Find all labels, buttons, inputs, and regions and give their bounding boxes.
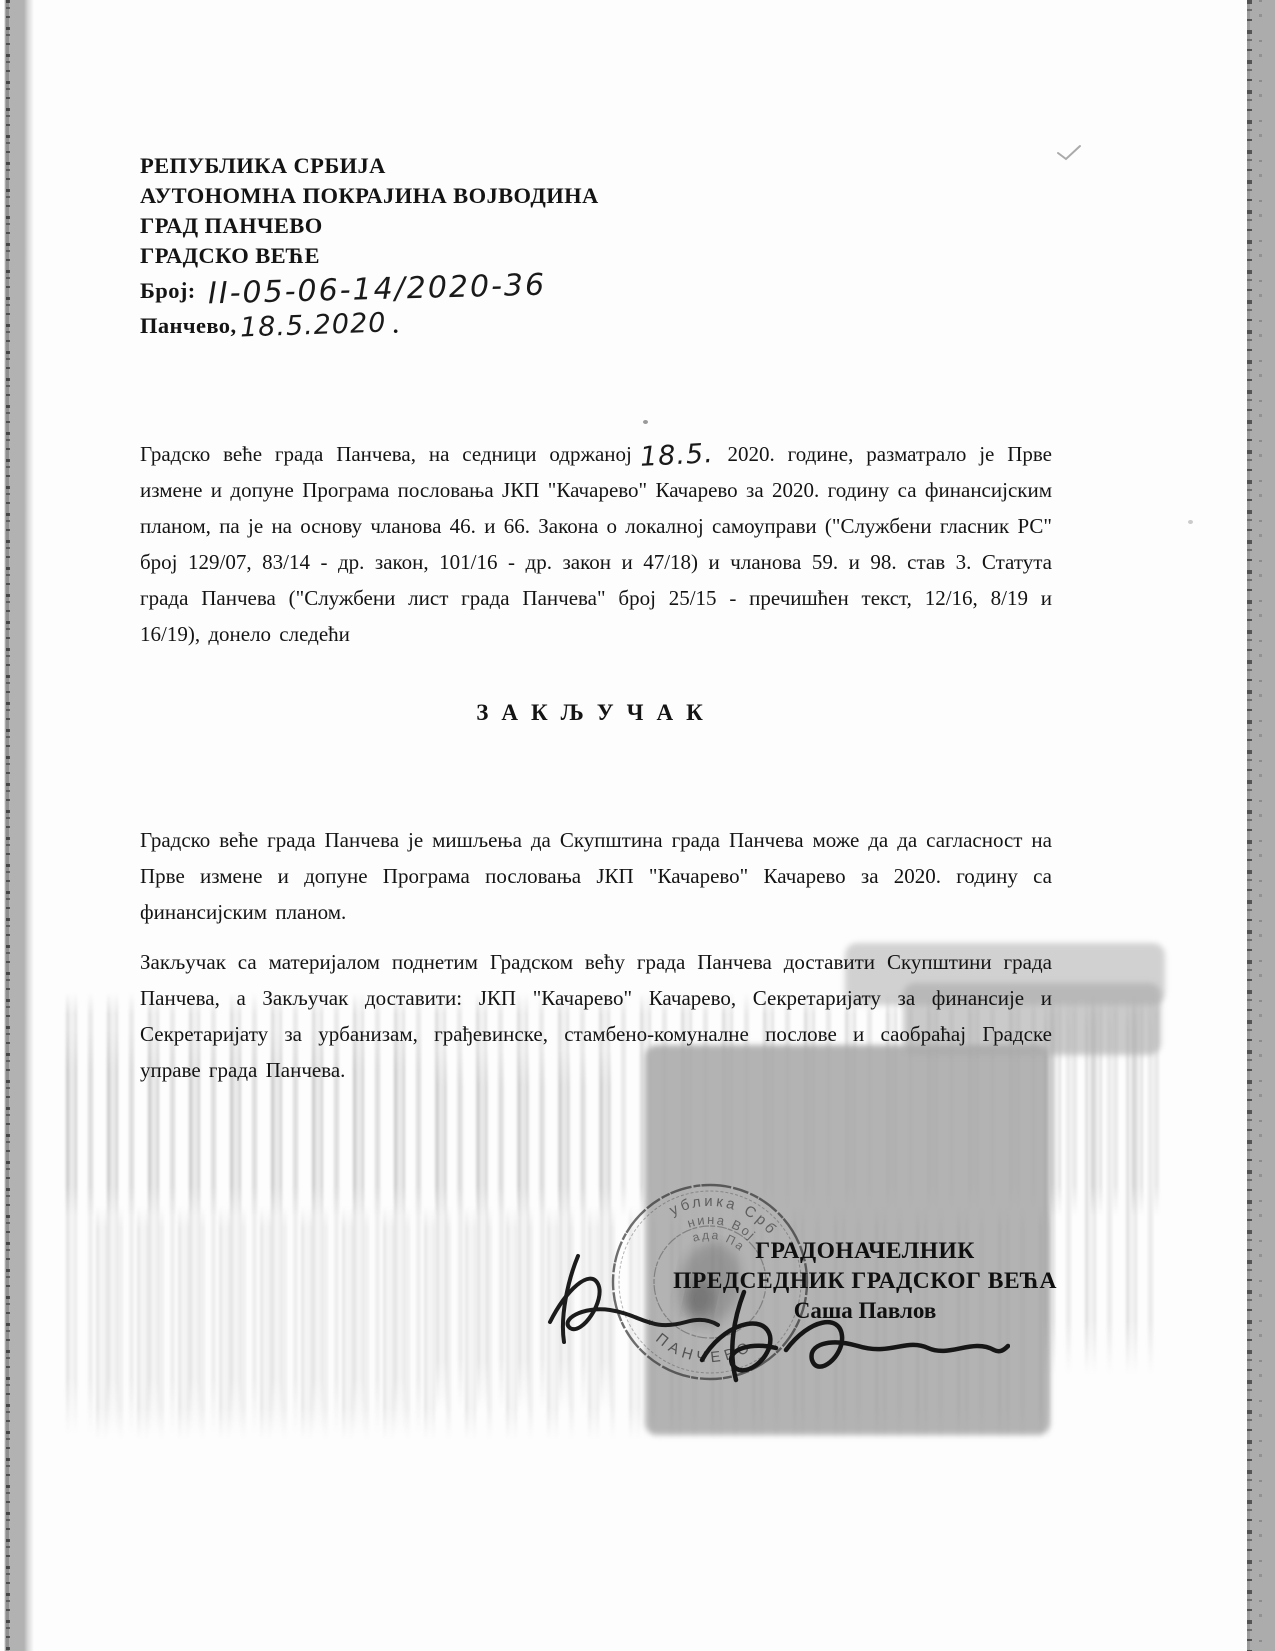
scan-speck-dot bbox=[643, 420, 648, 424]
case-number-line: Број:II-05-06-14/2020-36 bbox=[140, 271, 599, 307]
scan-edge-left bbox=[0, 0, 34, 1651]
case-number-label: Број: bbox=[140, 278, 196, 303]
scan-noise-left-column bbox=[60, 1030, 425, 1435]
signature-main bbox=[688, 1288, 1010, 1388]
letterhead-city: ГРАД ПАНЧЕВО bbox=[140, 211, 599, 241]
paragraph-1-after-date: 2020. године, разматрало је Прве измене … bbox=[140, 442, 1052, 646]
letterhead: РЕПУБЛИКА СРБИЈА АУТОНОМНА ПОКРАЈИНА ВОЈ… bbox=[140, 151, 599, 343]
scanned-document-page: РЕПУБЛИКА СРБИЈА АУТОНОМНА ПОКРАЈИНА ВОЈ… bbox=[0, 0, 1275, 1651]
letterhead-republic: РЕПУБЛИКА СРБИЈА bbox=[140, 151, 599, 181]
scan-edge-right bbox=[1247, 0, 1275, 1651]
letterhead-province: АУТОНОМНА ПОКРАЈИНА ВОЈВОДИНА bbox=[140, 181, 599, 211]
date-handwritten-value: 18.5.2020 bbox=[240, 305, 388, 346]
paragraph-distribution: Закључак са материјалом поднетим Градско… bbox=[140, 944, 1052, 1088]
heading-zakljucak: ЗАКЉУЧАК bbox=[140, 700, 1052, 726]
paragraph-opinion: Градско веће града Панчева је мишљења да… bbox=[140, 822, 1052, 930]
paragraph-1-before-date: Градско веће града Панчева, на седници о… bbox=[140, 442, 632, 466]
date-period: . bbox=[393, 313, 399, 338]
letterhead-council: ГРАДСКО ВЕЋЕ bbox=[140, 241, 599, 271]
paragraph-introduction: Градско веће града Панчева, на седници о… bbox=[140, 436, 1052, 652]
scan-speck-mark bbox=[1056, 144, 1082, 164]
scan-speck-dot bbox=[1188, 520, 1193, 524]
place-label: Панчево, bbox=[140, 313, 236, 338]
session-date-handwritten: 18.5. bbox=[640, 454, 714, 458]
